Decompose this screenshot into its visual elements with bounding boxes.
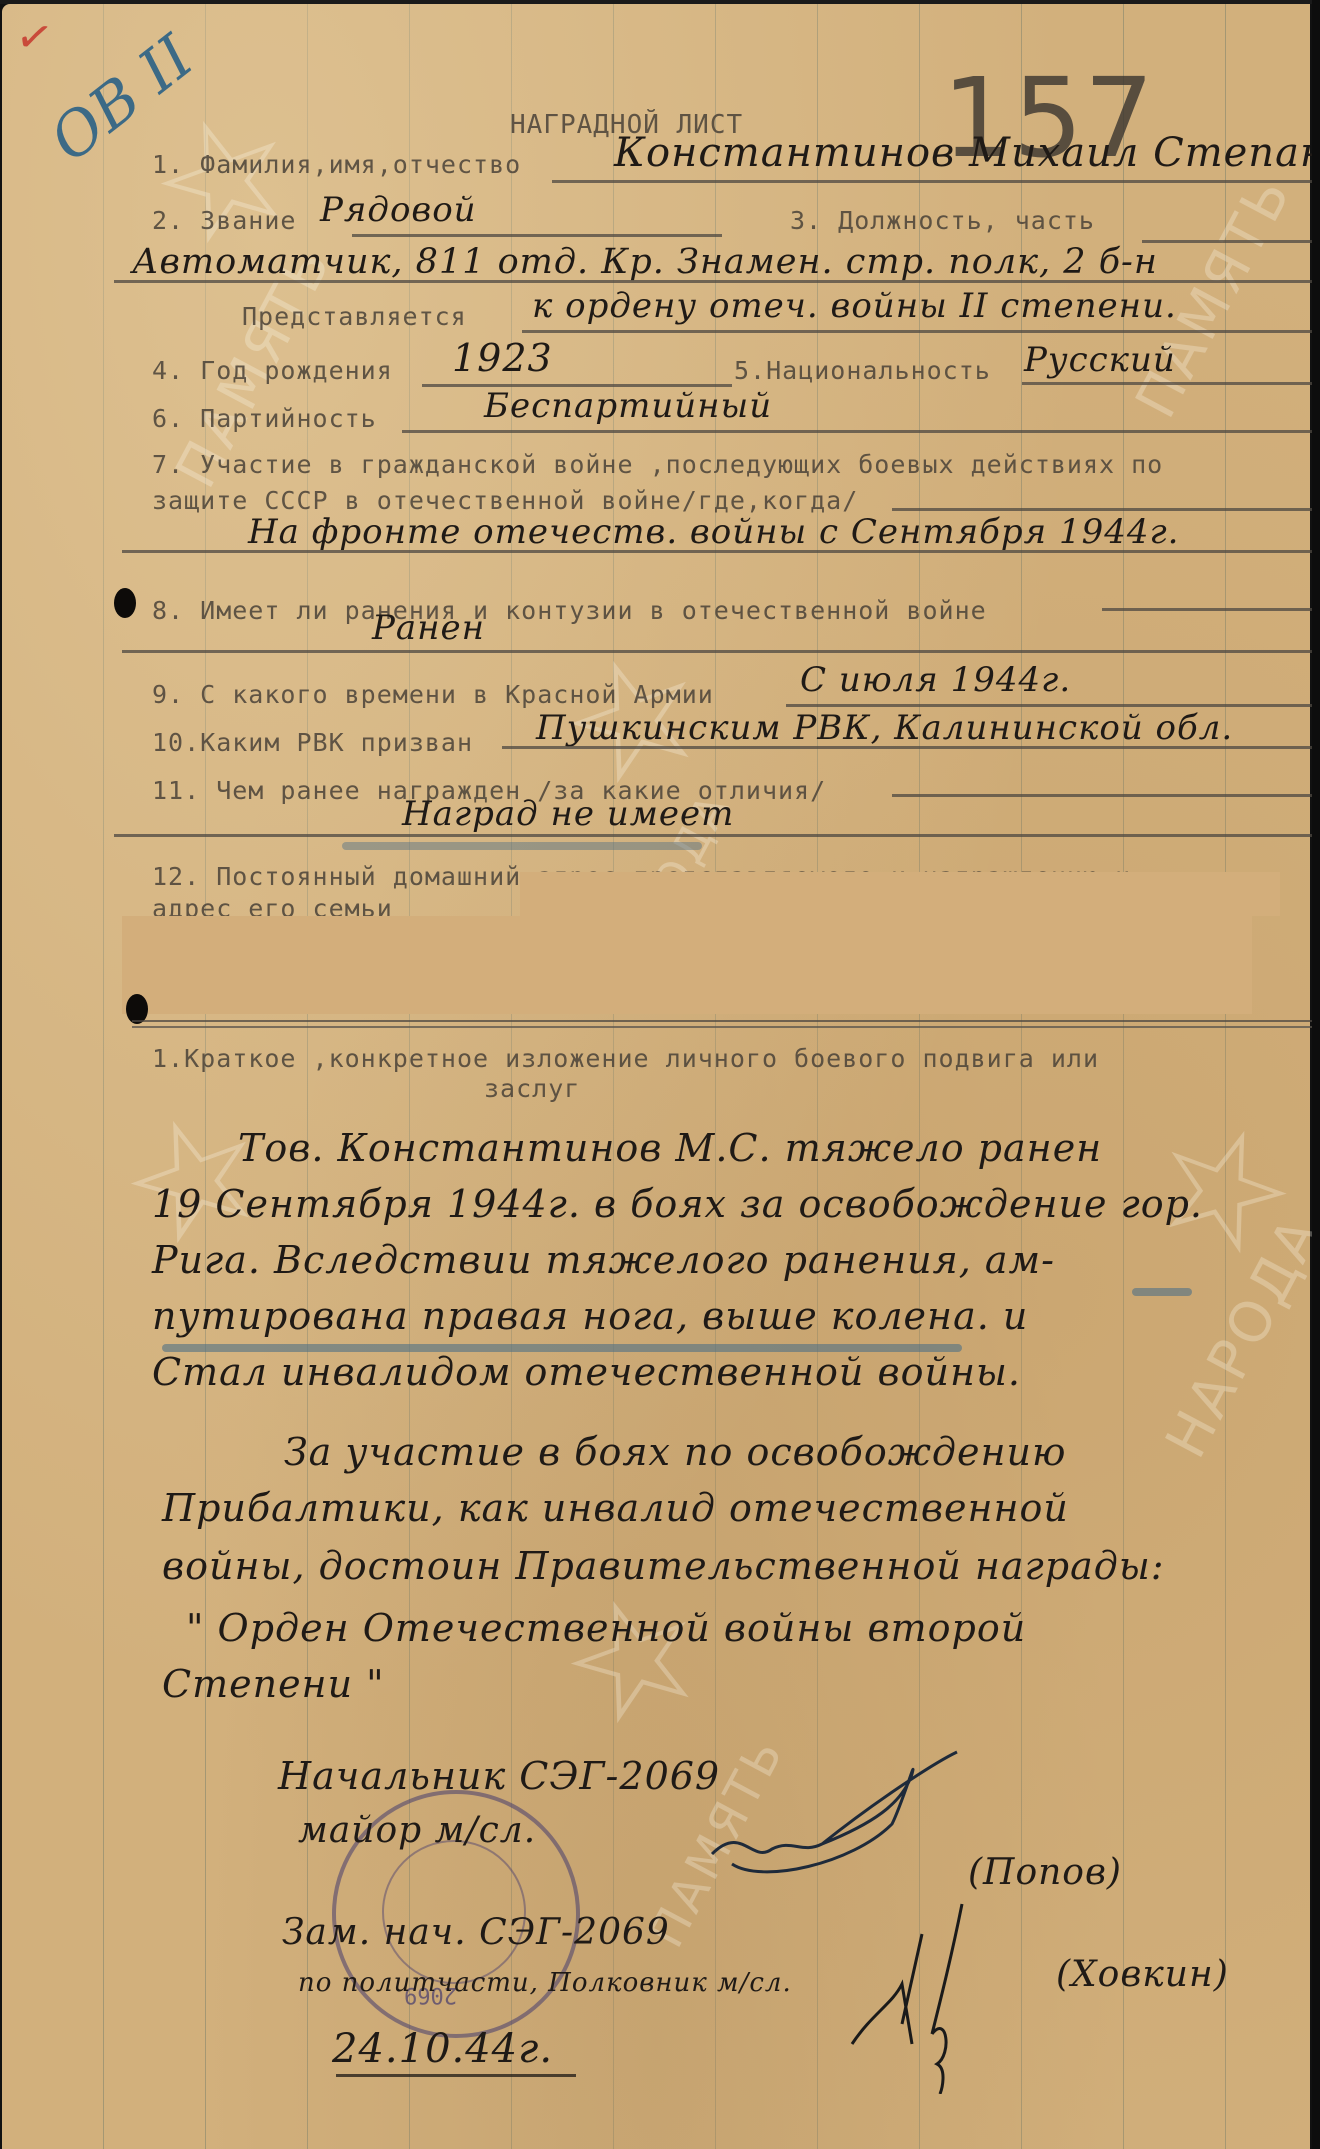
field-1-label: 1. Фамилия,имя,отчество bbox=[152, 150, 521, 179]
presented-rule bbox=[522, 330, 1312, 333]
blue-pencil-underline bbox=[1132, 1288, 1192, 1296]
field-7-label-line1: 7. Участие в гражданской войне ,последую… bbox=[152, 450, 1163, 479]
blue-pencil-mark bbox=[342, 842, 702, 850]
narrative-line: 19 Сентября 1944г. в боях за освобождени… bbox=[152, 1182, 1203, 1226]
chief-name: (Попов) bbox=[968, 1852, 1122, 1893]
narrative-line: Прибалтики, как инвалид отечественной bbox=[162, 1486, 1069, 1530]
redacted-address-block bbox=[122, 916, 1252, 1014]
field-7-value: На фронте отечеств. войны с Сентября 194… bbox=[248, 512, 1179, 552]
narrative-line: Тов. Константинов М.С. тяжело ранен bbox=[238, 1126, 1102, 1170]
field-6-value: Беспартийный bbox=[484, 386, 772, 426]
field-10-rule bbox=[502, 746, 1312, 749]
field-2-rule bbox=[352, 234, 722, 237]
field-5-value: Русский bbox=[1024, 340, 1176, 380]
field-2-label: 2. Звание bbox=[152, 206, 296, 235]
field-3-rule-top bbox=[1142, 240, 1312, 243]
deputy-signature bbox=[832, 1894, 1012, 2094]
field-11-value: Наград не имеет bbox=[402, 794, 734, 834]
field-7-rule bbox=[122, 550, 1312, 553]
field-3-rule bbox=[114, 280, 1312, 283]
deputy-rank: по политчасти, Полковник м/сл. bbox=[298, 1968, 792, 1998]
narrative-line: " Орден Отечественной войны второй bbox=[186, 1606, 1026, 1650]
field-9-rule bbox=[786, 704, 1312, 707]
date-underline bbox=[336, 2074, 576, 2077]
field-2-value: Рядовой bbox=[320, 190, 477, 230]
field-9-label: 9. С какого времени в Красной Армии bbox=[152, 680, 714, 709]
field-6-label: 6. Партийность bbox=[152, 404, 377, 433]
redacted-address-top bbox=[520, 872, 1280, 916]
field-7-label-line2: защите СССР в отечественной войне/где,ко… bbox=[152, 486, 858, 515]
award-sheet-paper: ☆ ПАМЯТЬ ПАМЯТЬ ☆ НАРОДА ☆ ☆ НАРОДА ☆ ПА… bbox=[2, 4, 1310, 2149]
field-5-rule bbox=[1022, 382, 1312, 385]
field-8-rule-top bbox=[1102, 608, 1312, 611]
scan-border-right bbox=[1312, 0, 1320, 2149]
narrative-line: Стал инвалидом отечественной войны. bbox=[152, 1350, 1021, 1394]
section-label-line1: 1.Краткое ,конкретное изложение личного … bbox=[152, 1044, 1099, 1073]
narrative-line: Рига. Вследствии тяжелого ранения, ам- bbox=[152, 1238, 1055, 1282]
section-divider bbox=[132, 1020, 1312, 1022]
field-7-rule-top bbox=[892, 508, 1312, 511]
signing-date: 24.10.44г. bbox=[332, 2026, 553, 2072]
deputy-title: Зам. нач. СЭГ-2069 bbox=[282, 1912, 670, 1953]
section-label-line2: заслуг bbox=[484, 1074, 580, 1103]
field-11-rule-top bbox=[892, 794, 1312, 797]
deputy-name: (Ховкин) bbox=[1056, 1954, 1229, 1995]
narrative-line: путирована правая нога, выше колена. и bbox=[152, 1294, 1028, 1338]
field-10-value: Пушкинским РВК, Калининской обл. bbox=[536, 708, 1233, 748]
binder-hole bbox=[114, 588, 136, 618]
chief-rank: майор м/сл. bbox=[298, 1810, 536, 1851]
field-1-rule bbox=[552, 180, 1312, 183]
field-8-value: Ранен bbox=[372, 608, 485, 648]
chief-signature bbox=[702, 1744, 962, 1884]
field-6-rule bbox=[402, 430, 1312, 433]
presented-value: к ордену отеч. войны II степени. bbox=[532, 286, 1177, 326]
presented-label: Представляется bbox=[242, 302, 467, 331]
narrative-line: войны, достоин Правительственной награды… bbox=[162, 1544, 1165, 1588]
red-check-mark: ✓ bbox=[12, 9, 57, 66]
field-10-label: 10.Каким РВК призван bbox=[152, 728, 473, 757]
narrative-line: Степени " bbox=[162, 1662, 385, 1706]
chief-title: Начальник СЭГ-2069 bbox=[278, 1754, 720, 1798]
field-8-label: 8. Имеет ли ранения и контузии в отечест… bbox=[152, 596, 987, 625]
field-1-value: Константинов Михаил Степанович bbox=[614, 130, 1320, 176]
field-11-rule bbox=[114, 834, 1312, 837]
field-3-label: 3. Должность, часть bbox=[790, 206, 1095, 235]
field-9-value: С июля 1944г. bbox=[800, 660, 1071, 700]
field-3-value: Автоматчик, 811 отд. Кр. Знамен. стр. по… bbox=[132, 242, 1158, 282]
field-4-label: 4. Год рождения bbox=[152, 356, 393, 385]
field-8-rule bbox=[122, 650, 1312, 653]
narrative-line: За участие в боях по освобождению bbox=[284, 1430, 1066, 1474]
field-5-label: 5.Национальность bbox=[734, 356, 991, 385]
field-4-value: 1923 bbox=[452, 336, 553, 380]
